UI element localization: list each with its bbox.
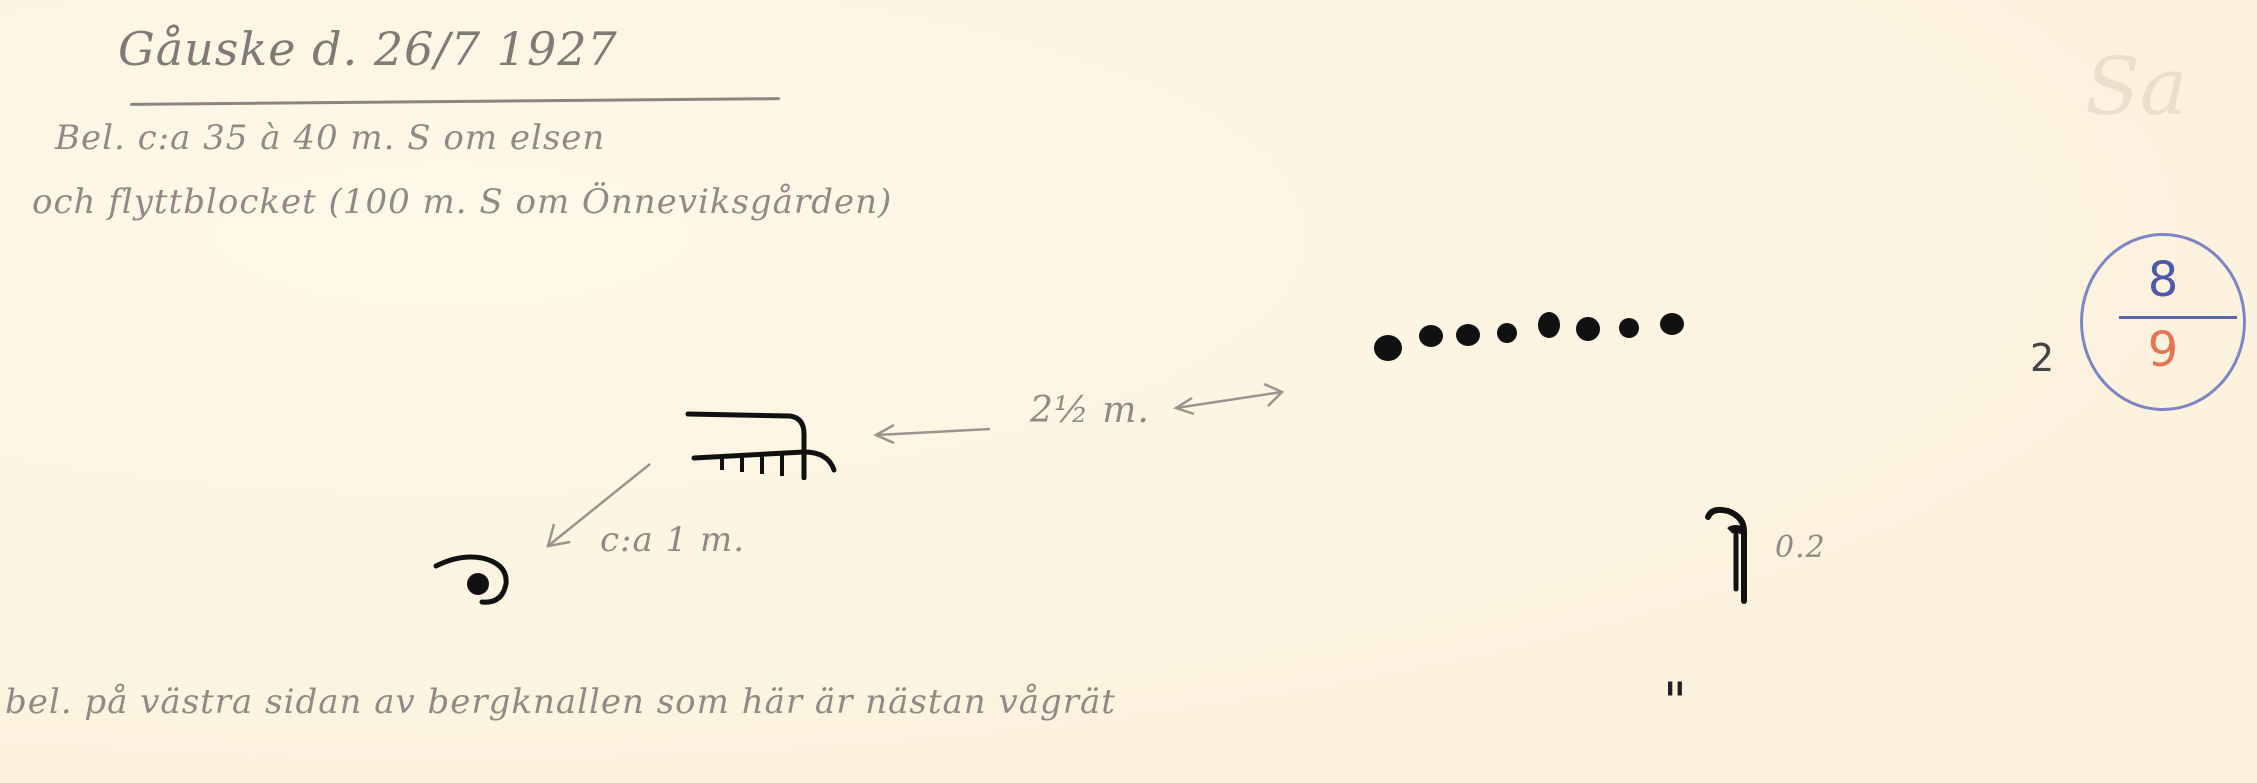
depth-label: 0.2 <box>1775 530 1826 565</box>
cia-label: c:a 1 m. <box>600 520 745 560</box>
side-mark: 2 <box>2030 336 2054 380</box>
badge-denominator: 9 <box>2083 322 2243 378</box>
arrow-left-icon <box>870 415 1000 455</box>
spiral-figure-icon <box>430 550 520 610</box>
hook-figure-icon <box>1700 505 1770 605</box>
ditto-mark: " <box>1663 672 1687 732</box>
distance-label: 2½ m. <box>1030 390 1150 431</box>
note-bottom: bel. på västra sidan av bergknallen som … <box>5 682 1116 722</box>
double-arrow-icon <box>1170 378 1290 418</box>
badge-divider <box>2119 316 2237 319</box>
catalog-badge: 8 9 <box>2080 233 2246 411</box>
erased-mark: Sa <box>2085 40 2188 133</box>
cup-mark-row-icon <box>1370 295 1700 375</box>
page-title: Gåuske d. 26/7 1927 <box>118 22 618 76</box>
note-line-1: Bel. c:a 35 à 40 m. S om elsen <box>55 118 605 158</box>
note-line-2: och flyttblocket (100 m. S om Önneviksgå… <box>32 182 892 222</box>
title-underline <box>130 97 780 106</box>
ship-figure-icon <box>680 400 860 480</box>
badge-numerator: 8 <box>2083 252 2243 308</box>
